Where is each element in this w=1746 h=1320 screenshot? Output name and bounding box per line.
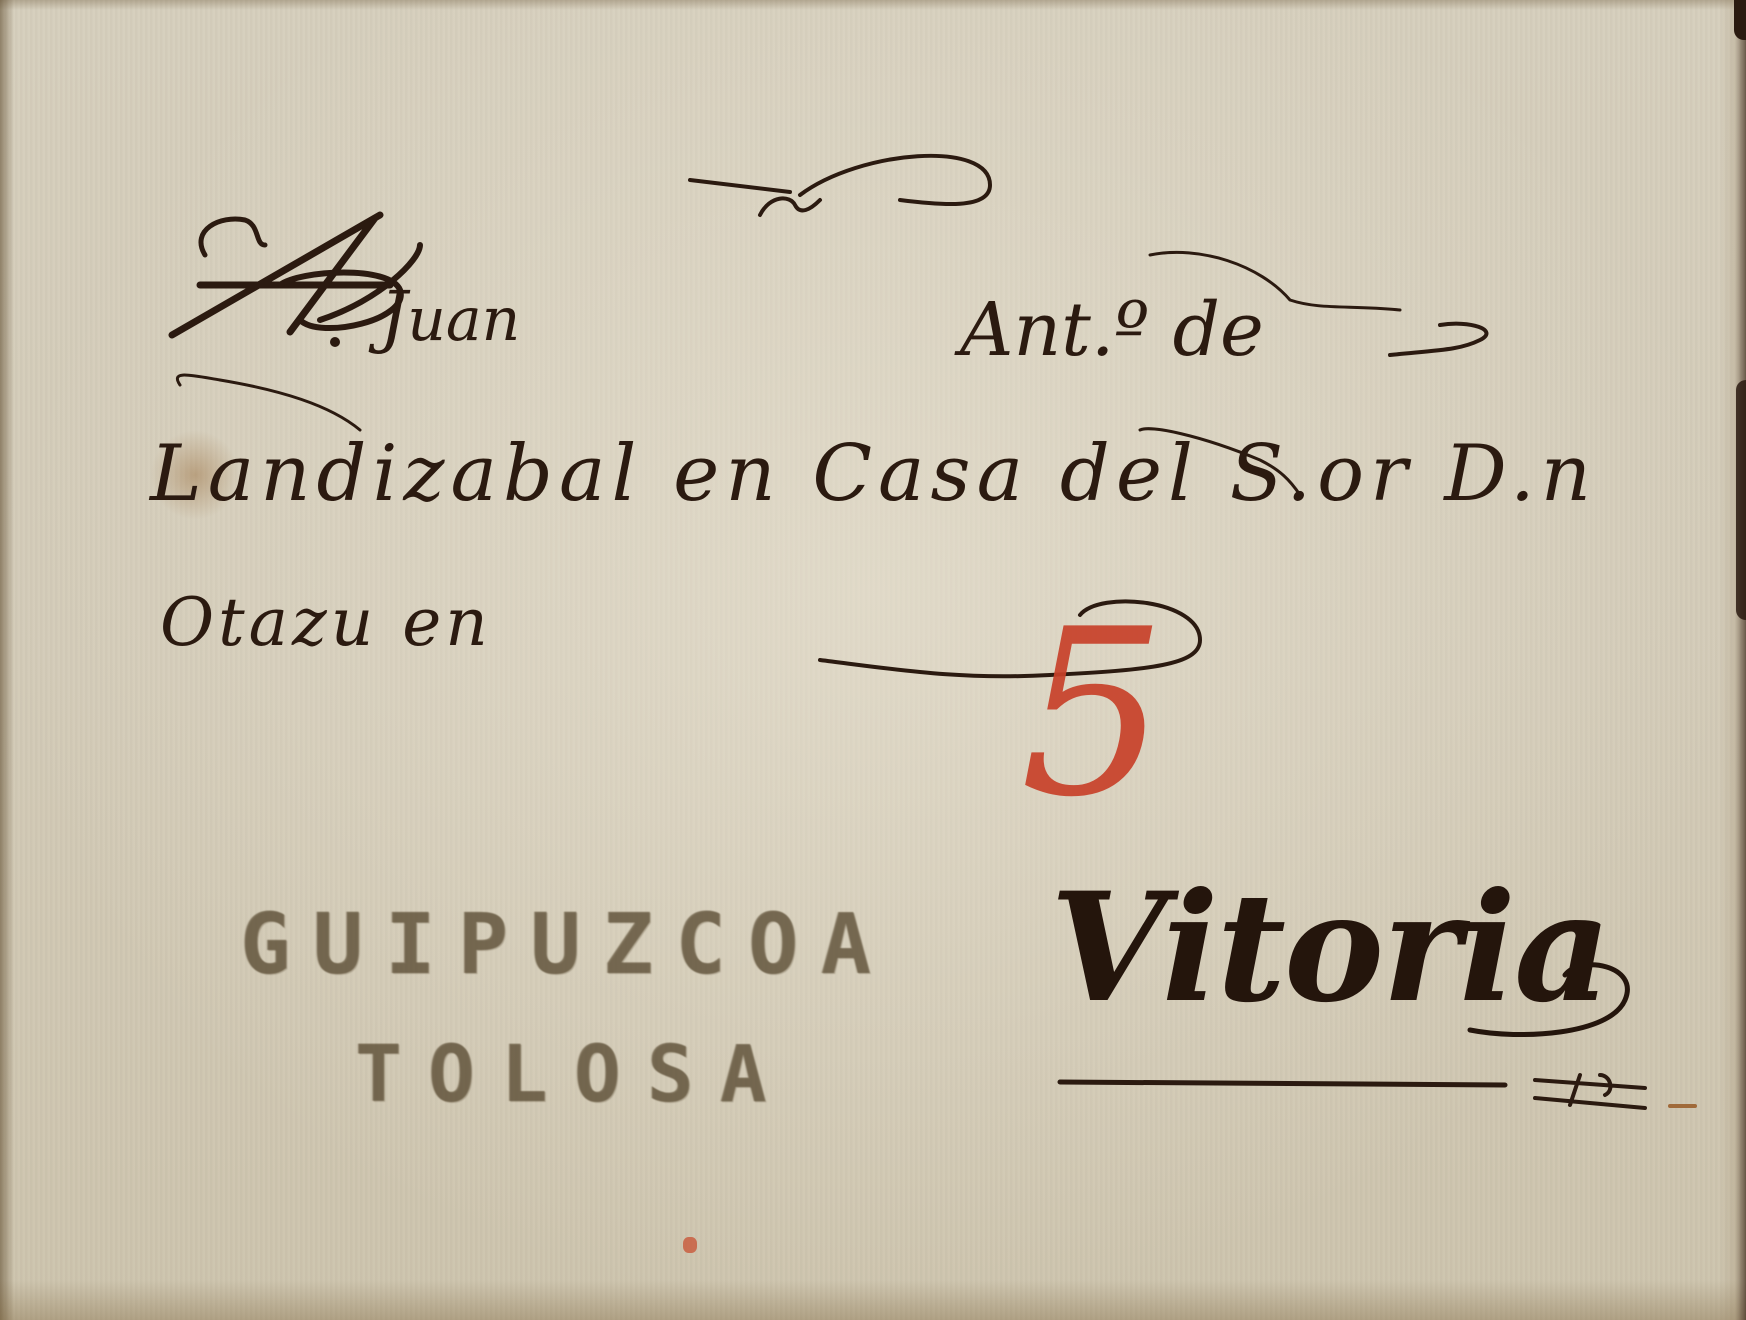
postmark-line-1: GUIPUZCOA bbox=[240, 895, 893, 993]
destination-city: Vitoria bbox=[1050, 860, 1609, 1036]
postage-rate-mark: 5 bbox=[1020, 600, 1166, 830]
red-ink-spot bbox=[683, 1237, 697, 1253]
address-text: Ant.º de Landizabal en Casa del S.or D.n… bbox=[0, 0, 1746, 1320]
postmark-line-2: TOLOSA bbox=[355, 1030, 793, 1120]
address-line-3: Otazu en bbox=[160, 584, 492, 661]
address-ant-de: Ant.º de bbox=[954, 287, 1264, 373]
address-line-2-text: Landizabal en Casa del S.or D.n bbox=[148, 429, 1597, 519]
address-line-2: Landizabal en Casa del S.or D.n bbox=[148, 429, 1597, 519]
postal-cover: Juan Ant.º de Landizabal en Casa del S.o… bbox=[0, 0, 1746, 1320]
